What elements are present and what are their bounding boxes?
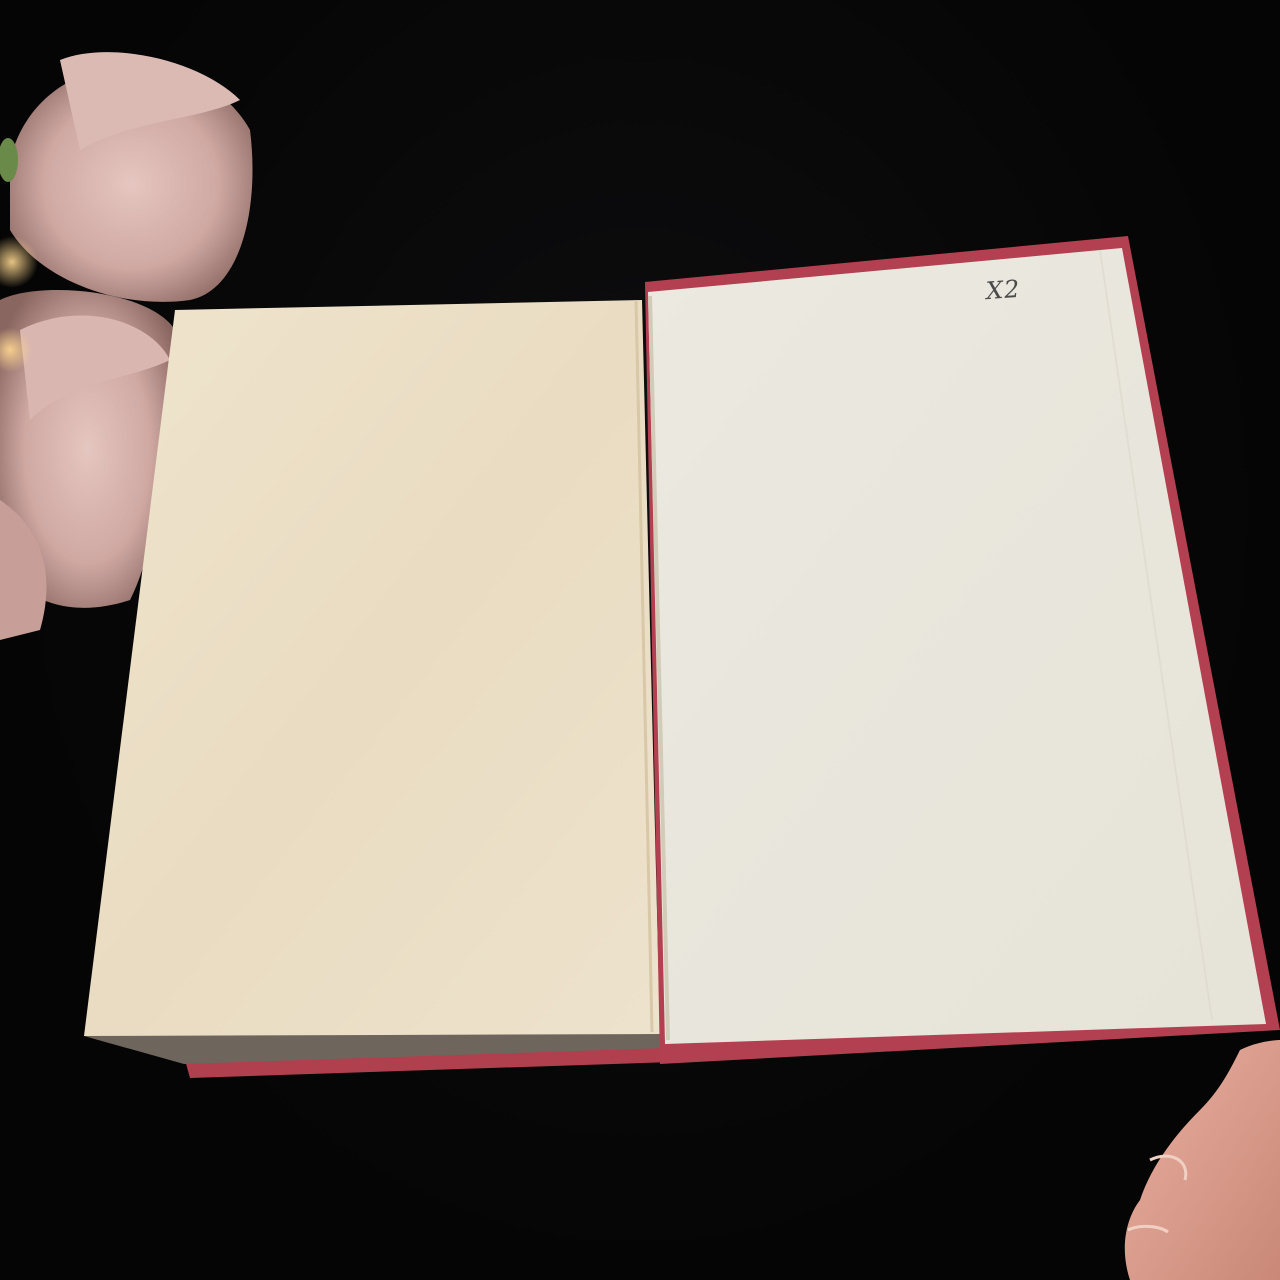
hand <box>1125 1040 1280 1280</box>
photo-scene: X2 <box>0 0 1280 1280</box>
left-page <box>84 300 660 1036</box>
book-photo <box>0 0 1280 1280</box>
handwritten-note: X2 <box>985 275 1021 305</box>
right-page <box>648 248 1266 1044</box>
